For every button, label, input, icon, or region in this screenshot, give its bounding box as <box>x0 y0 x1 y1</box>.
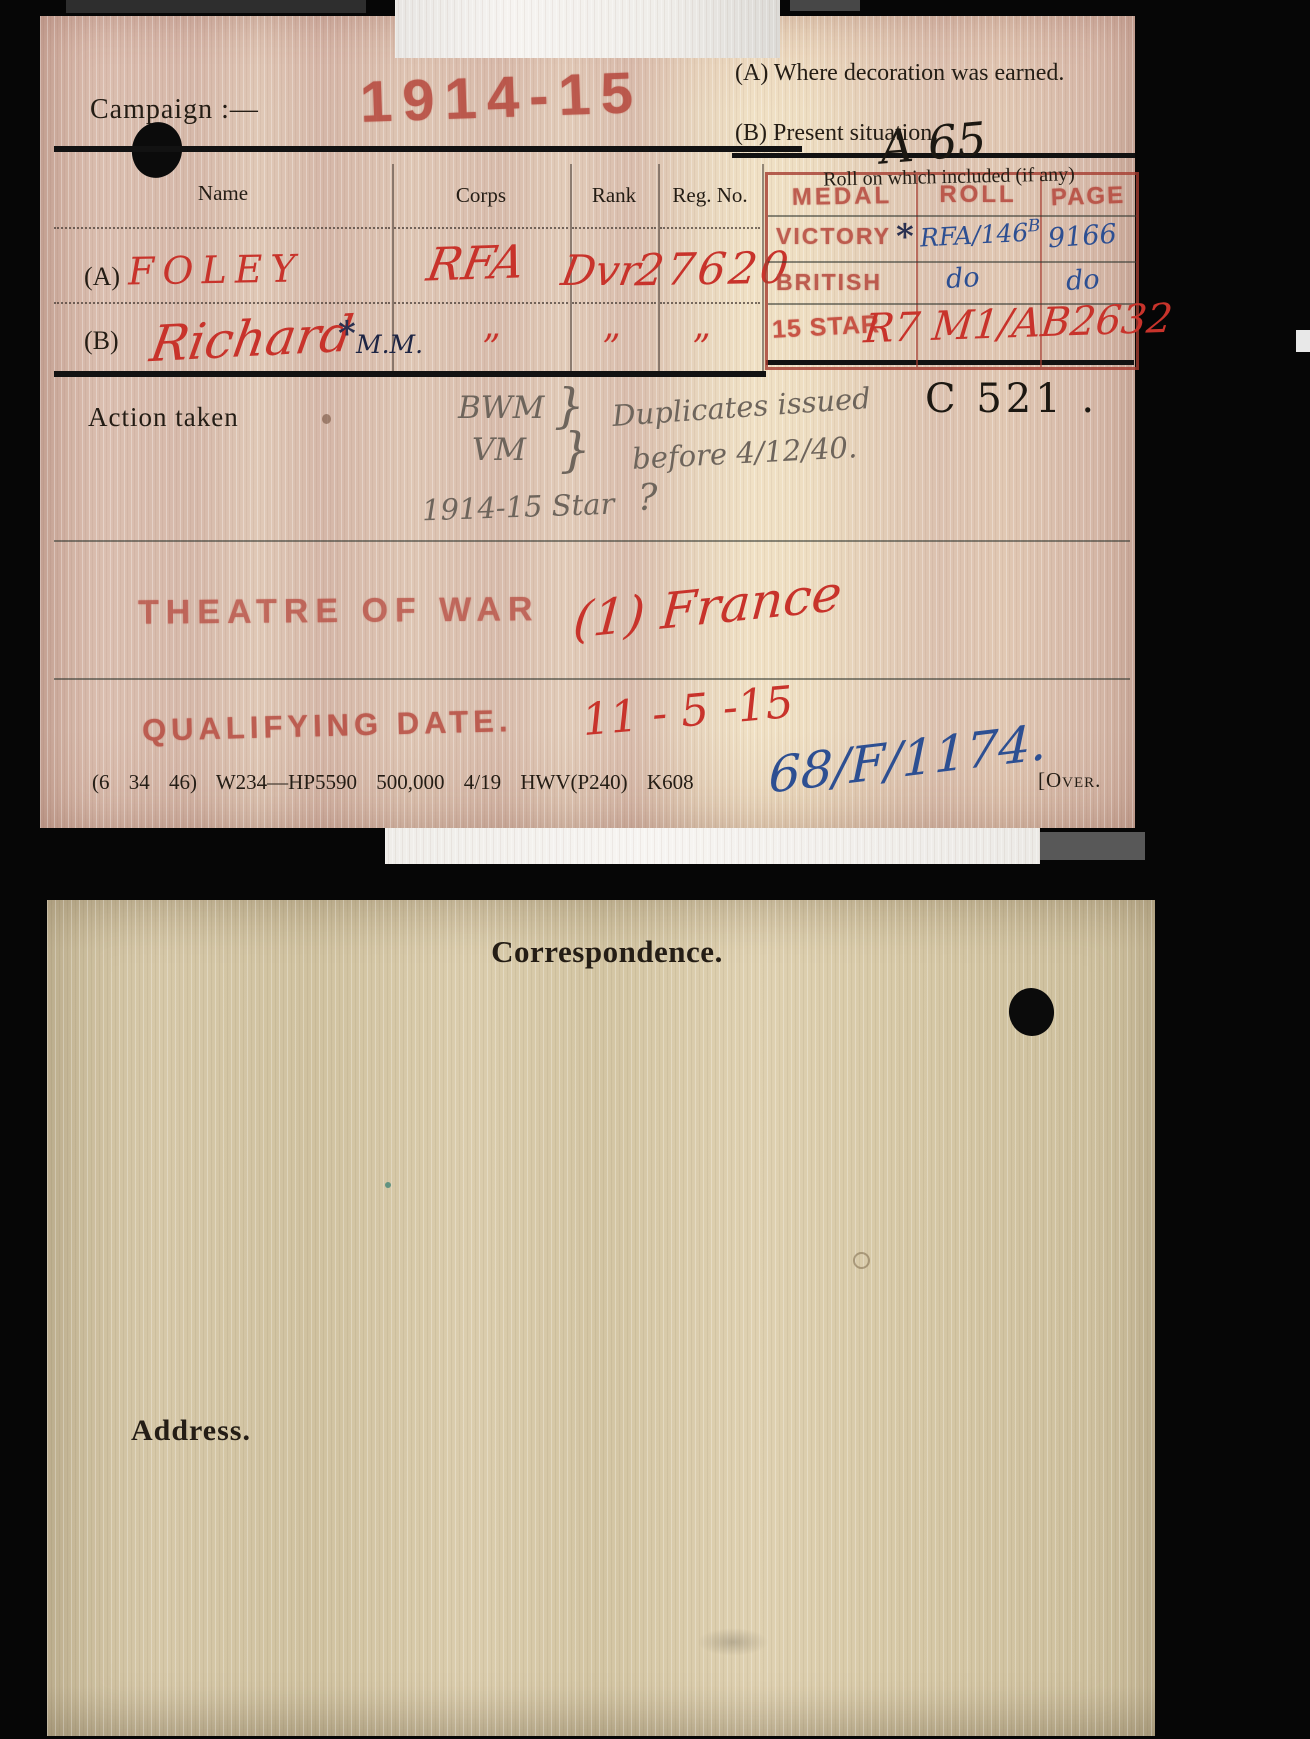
row-a-label: (A) <box>84 262 120 292</box>
campaign-label: Campaign :— <box>90 94 259 126</box>
british-roll-ditto: do <box>945 262 981 295</box>
medal-victory-stamp: VICTORY <box>776 223 891 250</box>
pencil-brace-2: } <box>560 422 591 478</box>
victory-page-value: 9166 <box>1047 219 1118 255</box>
row-b-corps-ditto: ” <box>482 328 500 369</box>
paper-ring-blemish <box>853 1252 870 1269</box>
blue-reference-number: 68/F/1174. <box>768 713 1047 804</box>
row-a-surname: FOLEY <box>128 246 304 293</box>
dotted-line-headers-2 <box>394 227 568 229</box>
qualifying-date-stamp: QUALIFYING DATE. <box>142 703 513 749</box>
row-b-rank-ditto: ” <box>602 328 620 369</box>
scan-artifact-bottom-strip <box>385 828 1040 864</box>
printer-code: (6 34 46) W234—HP5590 500,000 4/19 HWV(P… <box>92 770 694 795</box>
row-b-decoration-mm: M.M. <box>356 330 423 359</box>
paper-teal-speck <box>385 1182 391 1188</box>
qualifying-date-value: 11 - 5 -15 <box>580 677 795 746</box>
row-a-corps: RFA <box>423 234 529 291</box>
pencil-duplicates-line1: Duplicates issued <box>611 381 872 433</box>
theatre-of-war-stamp: THEATRE OF WAR <box>138 590 540 633</box>
scan-artifact-top-bar <box>66 0 366 13</box>
correspondence-title: Correspondence. <box>447 934 767 970</box>
address-label: Address. <box>131 1414 251 1448</box>
column-header-name: Name <box>54 181 392 206</box>
column-header-corps: Corps <box>392 183 570 208</box>
victory-asterisk-mark: * <box>896 217 914 257</box>
star-roll-value: R7 M1/AB2632 <box>862 296 1175 353</box>
heavy-rule-left <box>54 146 802 152</box>
pencil-1914-15-star-note: 1914-15 Star <box>421 487 614 528</box>
victory-roll-value: RFA/146B <box>919 216 1041 253</box>
dotted-line-row-a-2 <box>394 302 568 304</box>
scan-artifact-top-strip <box>395 0 780 58</box>
medal-index-card-front: Campaign :— 1914-15 (A) Where decoration… <box>40 16 1135 828</box>
row-b-reg-ditto: ” <box>692 328 710 369</box>
pencil-duplicates-line2: before 4/12/40. <box>631 430 858 476</box>
column-header-rank: Rank <box>570 183 658 208</box>
heavy-rule-2-left <box>54 371 766 377</box>
section-rule-theatre-top <box>54 540 1130 542</box>
row-b-label: (B) <box>84 326 119 356</box>
action-taken-label: Action taken <box>88 402 239 433</box>
campaign-year-stamp: 1914-15 <box>359 59 644 136</box>
dotted-line-row-a-4 <box>660 302 760 304</box>
note-where-decoration: (A) Where decoration was earned. <box>735 60 1064 87</box>
dotted-line-row-a-1 <box>54 302 390 304</box>
medal-british-stamp: BRITISH <box>776 269 882 296</box>
annotation-c521: C 521 . <box>925 376 1098 422</box>
scan-artifact-bottom-grey <box>1040 832 1145 860</box>
dotted-line-row-a-3 <box>572 302 656 304</box>
pencil-bwm: BWM <box>458 390 544 426</box>
pencil-vm: VM <box>472 432 526 468</box>
row-b-forename: Richard <box>146 305 357 373</box>
dotted-line-headers-1 <box>54 227 390 229</box>
theatre-of-war-value: (1) France <box>571 564 843 649</box>
over-label: [Over. <box>1038 768 1101 793</box>
medal-roll-page-box: MEDAL ROLL PAGE VICTORY * RFA/146B 9166 … <box>765 172 1139 370</box>
hole-punch-back <box>1006 985 1057 1039</box>
ink-blot-speck <box>322 414 331 424</box>
medal-index-card-back: Correspondence. Address. <box>47 900 1155 1736</box>
dotted-line-headers-4 <box>660 227 760 229</box>
column-header-reg-no: Reg. No. <box>658 183 762 208</box>
dotted-line-headers-3 <box>572 227 656 229</box>
pencil-query-mark: ? <box>638 478 657 519</box>
scan-artifact-right-sliver <box>1296 330 1310 352</box>
scan-artifact-top-grey <box>790 0 860 11</box>
section-rule-qualifying-top <box>54 678 1130 680</box>
paper-pencil-smudge <box>697 1628 769 1656</box>
scanned-page: Campaign :— 1914-15 (A) Where decoration… <box>0 0 1310 1739</box>
row-b-asterisk-mark: * <box>338 314 356 354</box>
row-a-rank: Dvr <box>558 246 644 295</box>
british-page-ditto: do <box>1065 264 1101 297</box>
